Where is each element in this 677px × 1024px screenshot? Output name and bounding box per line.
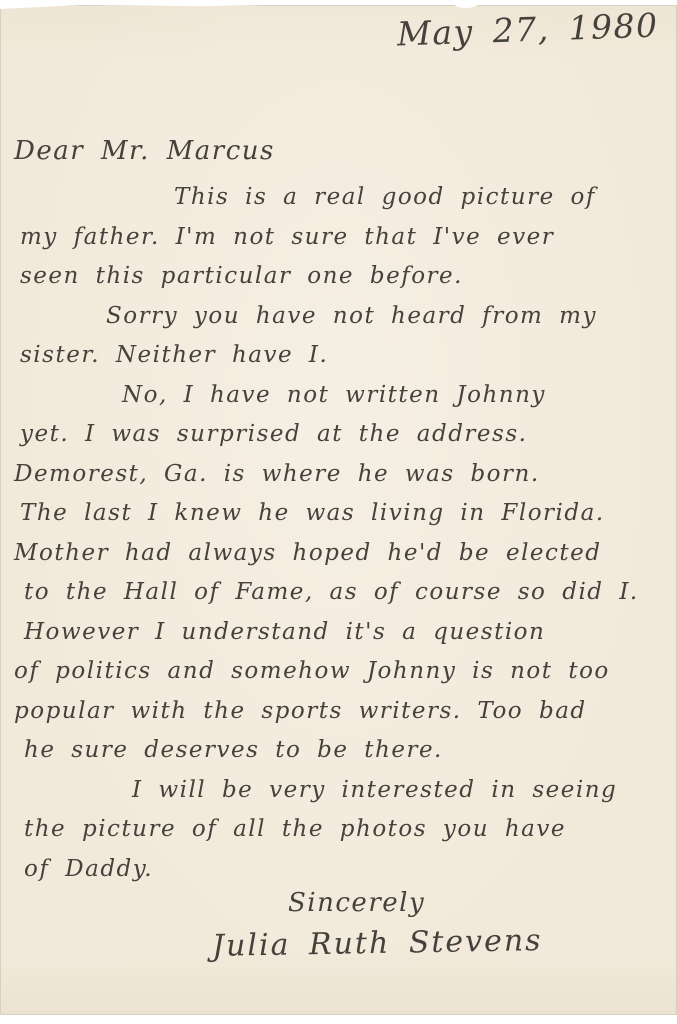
body-line: to the Hall of Fame, as of course so did… bbox=[24, 573, 664, 613]
body-line: of Daddy. bbox=[24, 850, 664, 890]
body-line: Sorry you have not heard from my bbox=[106, 297, 664, 337]
body-line: Demorest, Ga. is where he was born. bbox=[14, 455, 664, 495]
body-line: However I understand it's a question bbox=[24, 613, 664, 653]
body-line: No, I have not written Johnny bbox=[122, 376, 664, 416]
body-line: seen this particular one before. bbox=[20, 257, 664, 297]
body-line: The last I knew he was living in Florida… bbox=[20, 494, 664, 534]
letter-body: This is a real good picture of my father… bbox=[14, 178, 664, 889]
letter-date: May 27, 1980 bbox=[397, 5, 660, 53]
body-line: he sure deserves to be there. bbox=[24, 731, 664, 771]
body-line: of politics and somehow Johnny is not to… bbox=[14, 652, 664, 692]
body-line: This is a real good picture of bbox=[174, 178, 664, 218]
letter-closing: Sincerely bbox=[288, 888, 425, 918]
body-line: yet. I was surprised at the address. bbox=[20, 415, 664, 455]
body-line: Mother had always hoped he'd be elected bbox=[14, 534, 664, 574]
body-line: my father. I'm not sure that I've ever bbox=[20, 218, 664, 258]
body-line: I will be very interested in seeing bbox=[132, 771, 664, 811]
body-line: popular with the sports writers. Too bad bbox=[14, 692, 664, 732]
body-line: sister. Neither have I. bbox=[20, 336, 664, 376]
letter-salutation: Dear Mr. Marcus bbox=[14, 136, 275, 166]
body-line: the picture of all the photos you have bbox=[24, 810, 664, 850]
letter-signature: Julia Ruth Stevens bbox=[212, 923, 543, 964]
handwritten-letter: May 27, 1980 Dear Mr. Marcus This is a r… bbox=[0, 0, 677, 1024]
